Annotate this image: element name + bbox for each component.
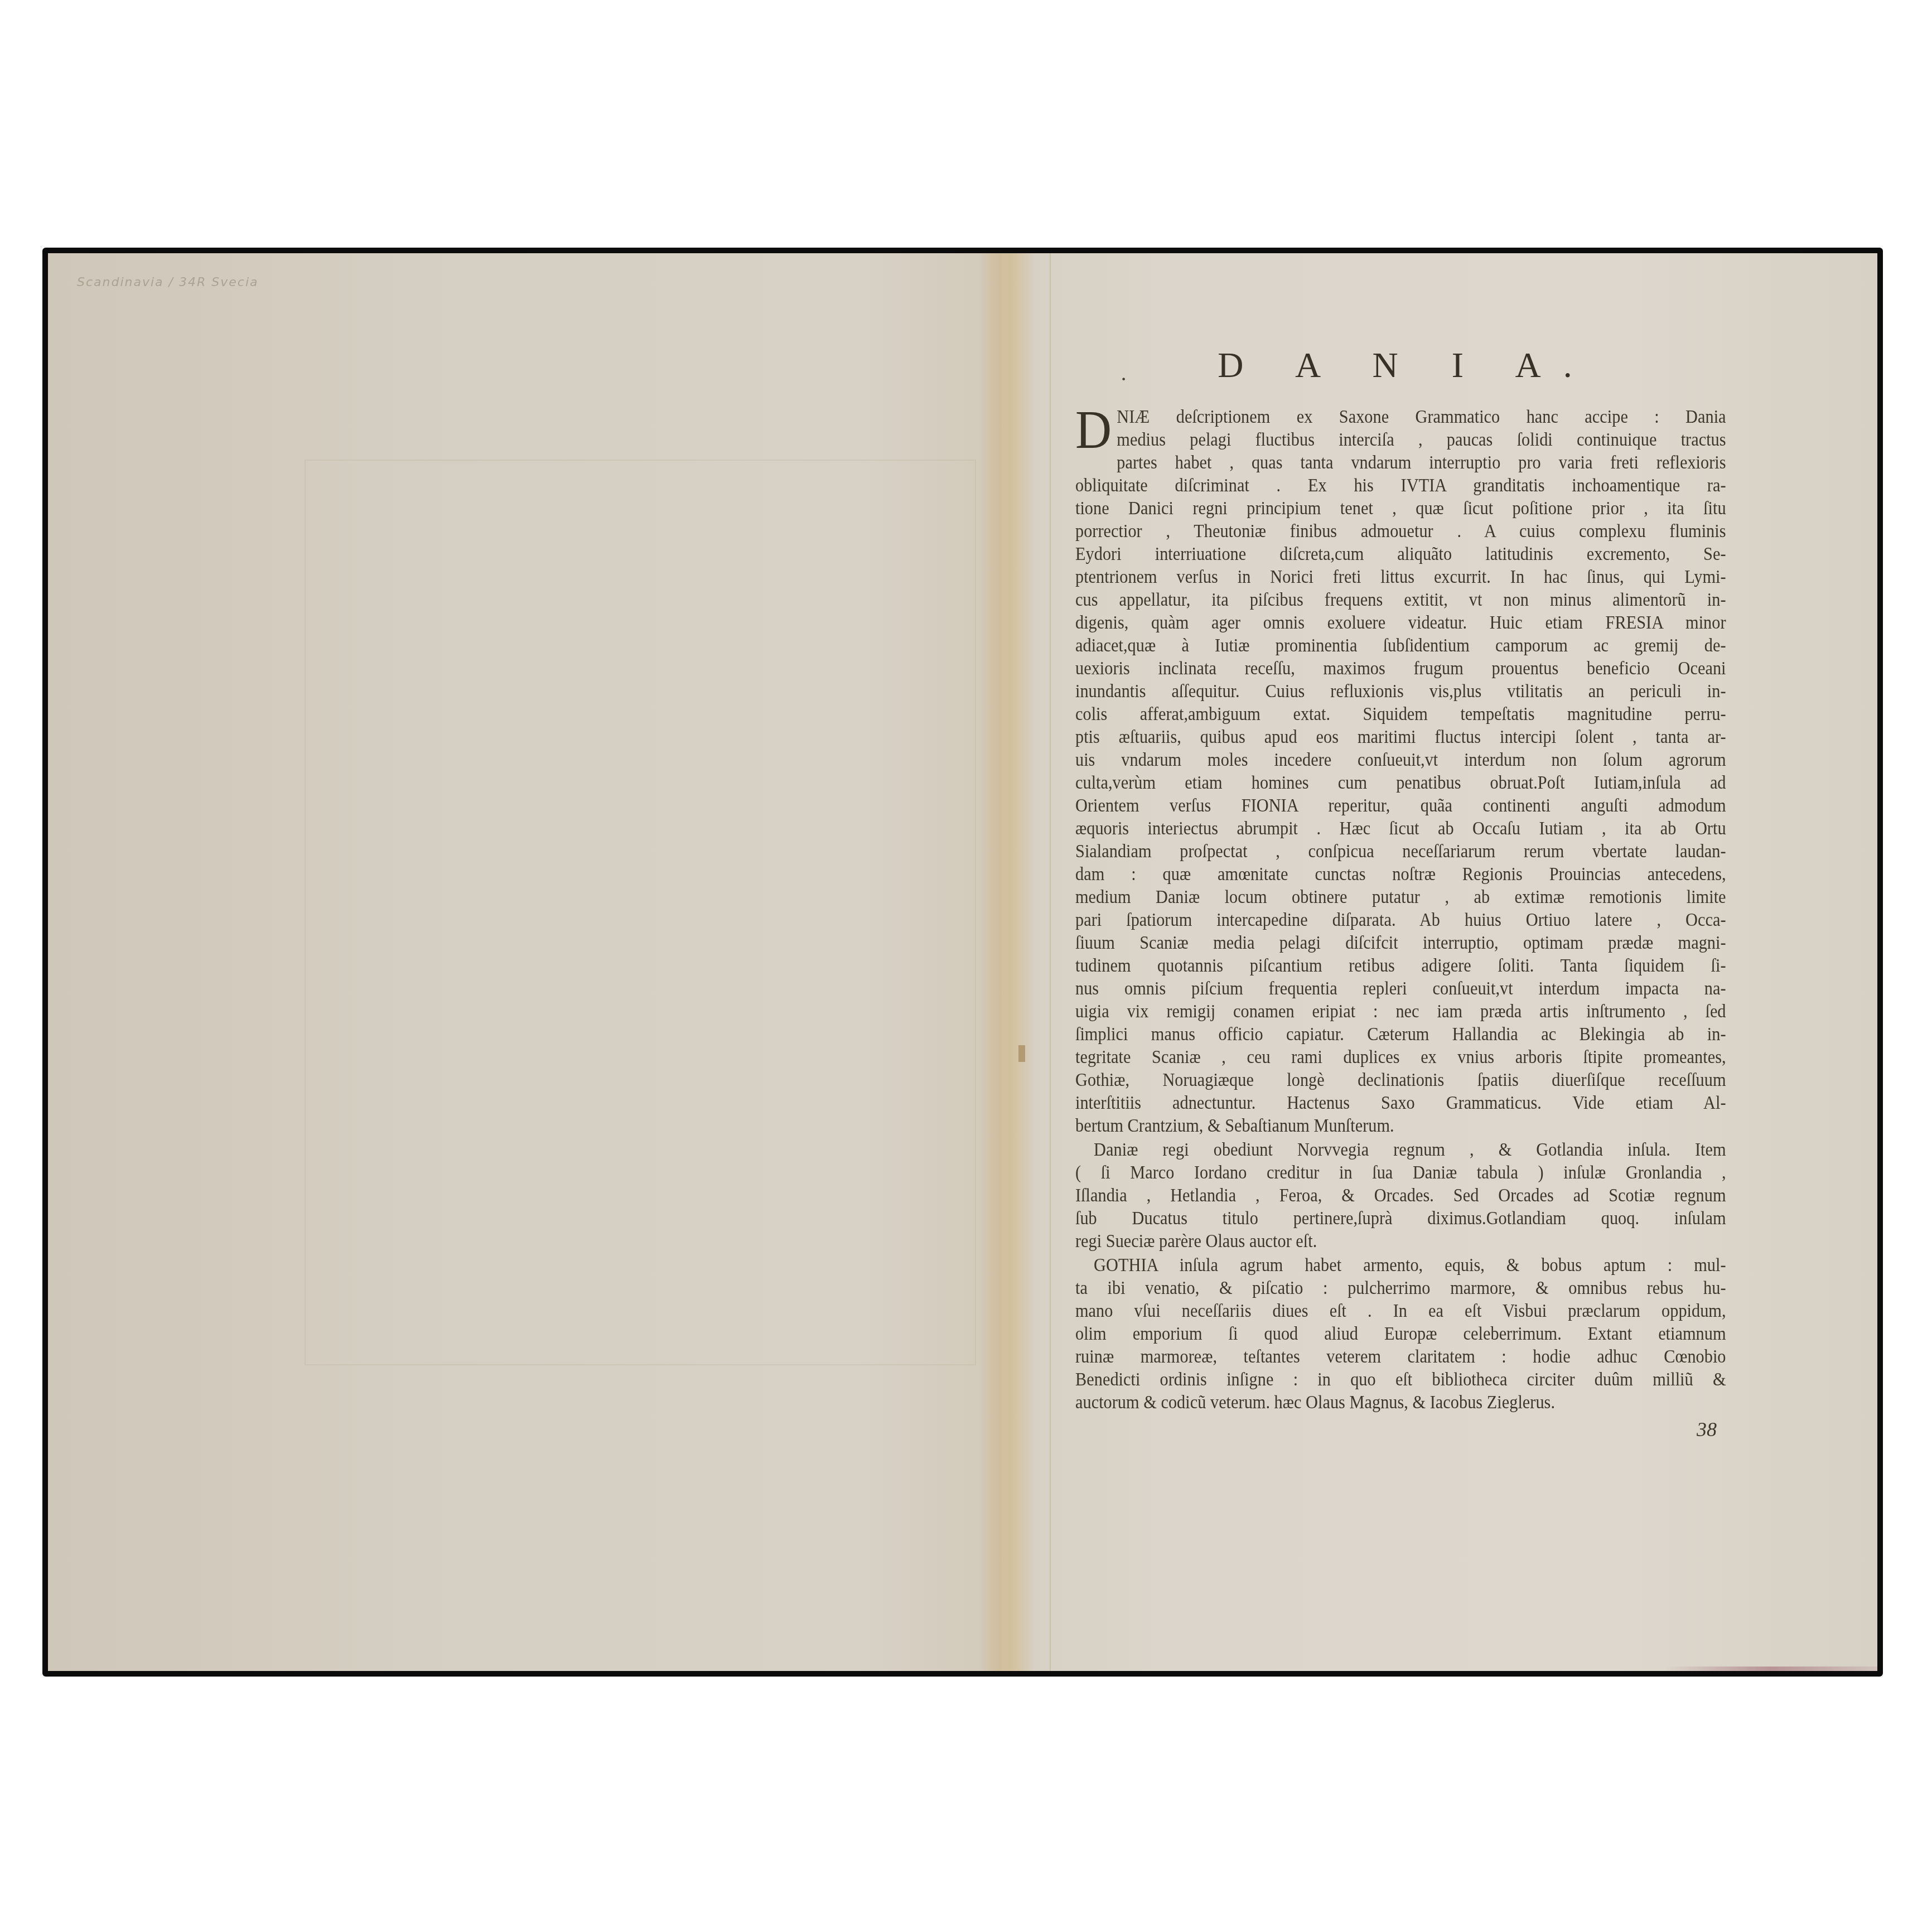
- text-line: pari ſpatiorum intercapedine diſparata. …: [1075, 909, 1726, 932]
- text-line: tione Danici regni principium tenet , qu…: [1075, 498, 1726, 520]
- text-line: dam : quæ amœnitate cunctas noſtræ Regio…: [1075, 863, 1726, 886]
- foxing-spot: [1018, 1045, 1025, 1062]
- text-line: ptis æſtuariis, quibus apud eos maritimi…: [1075, 726, 1726, 749]
- paragraph-3: GOTHIA inſula agrum habet armento, equis…: [1075, 1254, 1726, 1414]
- text-line: auctorum & codicũ veterum. hæc Olaus Mag…: [1075, 1392, 1726, 1414]
- text-line: nus omnis piſcium frequentia repleri con…: [1075, 978, 1726, 1001]
- plate-mark-offset: [305, 460, 976, 1365]
- text-line: culta,verùm etiam homines cum penatibus …: [1075, 772, 1726, 795]
- text-line: inundantis aſſequitur. Cuius refluxionis…: [1075, 680, 1726, 703]
- page-number: 38: [1697, 1418, 1717, 1441]
- drop-cap: D: [1075, 407, 1112, 453]
- text-line: uexioris inclinata receſſu, maximos frug…: [1075, 658, 1726, 680]
- text-line: cus appellatur, ita piſcibus frequens ex…: [1075, 589, 1726, 612]
- text-line: tegritate Scaniæ , ceu rami duplices ex …: [1075, 1046, 1726, 1069]
- left-page: Scandinavia / 34R Svecia: [48, 253, 1002, 1671]
- text-line: ta ibi venatio, & piſcatio : pulcherrimo…: [1075, 1277, 1726, 1300]
- text-line: medius pelagi fluctibus interciſa , pauc…: [1075, 429, 1726, 452]
- text-line: bertum Crantzium, & Sebaſtianum Munſteru…: [1075, 1115, 1726, 1138]
- text-line: æquoris interiectus abrumpit . Hæc ſicut…: [1075, 818, 1726, 841]
- text-line: mano vſui neceſſariis diues eſt . In ea …: [1075, 1300, 1726, 1323]
- page-title: D A N I A.: [1075, 345, 1726, 386]
- text-line: ruinæ marmoreæ, teſtantes veterem clarit…: [1075, 1346, 1726, 1369]
- text-line: porrectior , Theutoniæ finibus admouetur…: [1075, 520, 1726, 543]
- text-line: partes habet , quas tanta vndarum interr…: [1075, 452, 1726, 475]
- text-line: Benedicti ordinis inſigne : in quo eſt b…: [1075, 1369, 1726, 1392]
- text-line: GOTHIA inſula agrum habet armento, equis…: [1075, 1254, 1726, 1277]
- scan-frame: Scandinavia / 34R Svecia · D A N I A. D …: [42, 248, 1883, 1677]
- text-line: colis afferat,ambiguum extat. Siquidem t…: [1075, 703, 1726, 726]
- paragraph-1: D NIÆ deſcriptionem ex Saxone Grammatico…: [1075, 406, 1726, 1138]
- text-line: NIÆ deſcriptionem ex Saxone Grammatico h…: [1075, 406, 1726, 429]
- text-line: digenis, quàm ager omnis exoluere videat…: [1075, 612, 1726, 635]
- text-line: regi Sueciæ parère Olaus auctor eſt.: [1075, 1230, 1726, 1253]
- binding-gutter-stain: [979, 253, 1035, 1671]
- text-line: uis vndarum moles incedere conſueuit,vt …: [1075, 749, 1726, 772]
- text-line: adiacet,quæ à Iutiæ prominentia ſubſiden…: [1075, 635, 1726, 658]
- text-line: Gothiæ, Noruagiæque longè declinationis …: [1075, 1069, 1726, 1092]
- text-line: medium Daniæ locum obtinere putatur , ab…: [1075, 886, 1726, 909]
- text-line: ſub Ducatus titulo pertinere,ſuprà dixim…: [1075, 1207, 1726, 1230]
- text-line: Orientem verſus FIONIA reperitur, quãa c…: [1075, 795, 1726, 818]
- text-line: ( ſi Marco Iordano creditur in ſua Daniæ…: [1075, 1162, 1726, 1185]
- text-line: uigia vix remigij conamen eripiat : nec …: [1075, 1001, 1726, 1023]
- text-line: olim emporium ſi quod aliud Europæ celeb…: [1075, 1323, 1726, 1346]
- text-line: Daniæ regi obediunt Norvvegia regnum , &…: [1075, 1139, 1726, 1162]
- fold-line: [1050, 253, 1051, 1671]
- text-column: · D A N I A. D NIÆ deſcriptionem ex Saxo…: [1075, 345, 1726, 1414]
- text-line: ptentrionem verſus in Norici freti littu…: [1075, 566, 1726, 589]
- text-line: obliquitate diſcriminat . Ex his IVTIA g…: [1075, 475, 1726, 498]
- text-line: Iſlandia , Hetlandia , Feroa, & Orcades.…: [1075, 1185, 1726, 1207]
- edge-discoloration: [1665, 1667, 1877, 1671]
- pencil-annotation: Scandinavia / 34R Svecia: [77, 276, 258, 289]
- paragraph-2: Daniæ regi obediunt Norvvegia regnum , &…: [1075, 1139, 1726, 1253]
- title-ornament-dot: ·: [1120, 366, 1127, 392]
- text-line: Sialandiam proſpectat , conſpicua neceſſ…: [1075, 841, 1726, 863]
- paragraph-2-lines: Daniæ regi obediunt Norvvegia regnum , &…: [1075, 1139, 1726, 1253]
- text-line: tudinem quotannis piſcantium retibus adi…: [1075, 955, 1726, 978]
- text-line: Eydori interriuatione diſcreta,cum aliqu…: [1075, 543, 1726, 566]
- text-line: ſiuum Scaniæ media pelagi diſcifcit inte…: [1075, 932, 1726, 955]
- text-line: interſtitiis adnectuntur. Hactenus Saxo …: [1075, 1092, 1726, 1115]
- text-line: ſimplici manus officio capiatur. Cæterum…: [1075, 1023, 1726, 1046]
- paragraph-3-lines: GOTHIA inſula agrum habet armento, equis…: [1075, 1254, 1726, 1414]
- paragraph-1-lines: NIÆ deſcriptionem ex Saxone Grammatico h…: [1075, 406, 1726, 1138]
